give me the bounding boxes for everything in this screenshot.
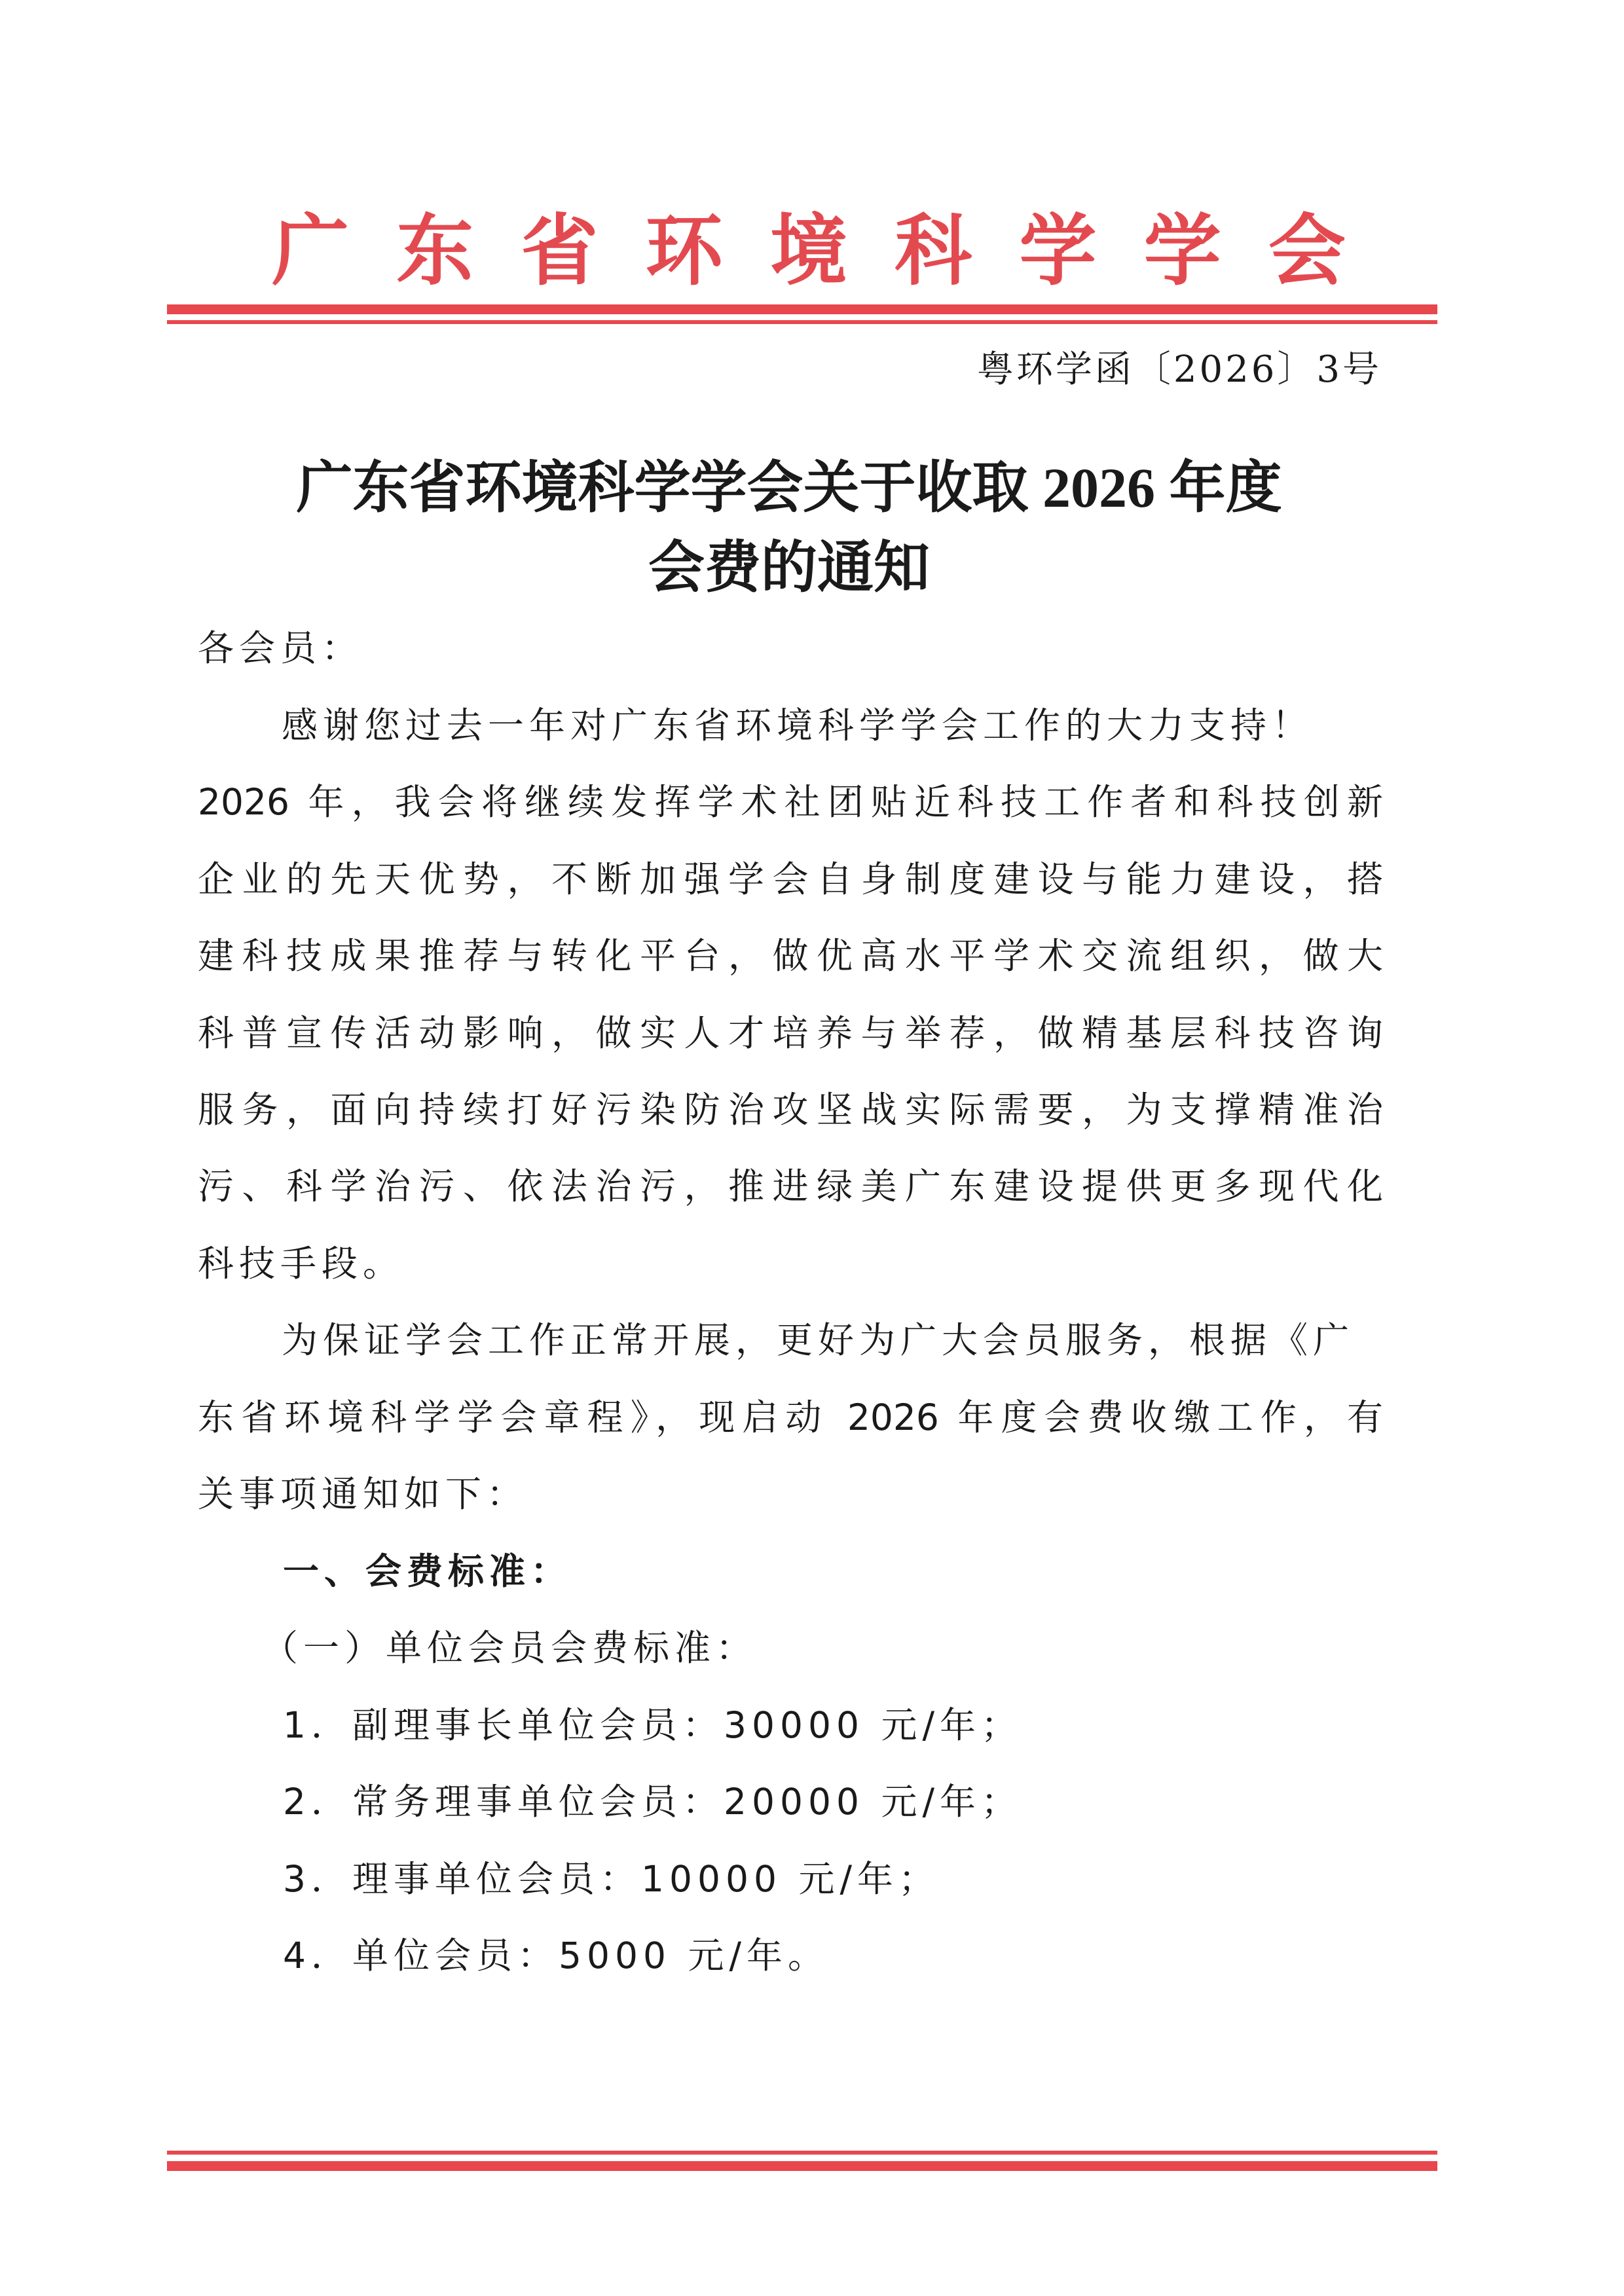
body-line: 关事项通知如下： bbox=[198, 1468, 1383, 1520]
letterhead-rule-thin bbox=[167, 320, 1437, 324]
body-line: 东省环境科学学会章程》，现启动 2026 年度会费收缴工作，有 bbox=[198, 1391, 1383, 1444]
letterhead-char: 广 bbox=[272, 208, 349, 293]
letterhead-rule-thick bbox=[167, 304, 1437, 314]
letterhead-char: 东 bbox=[396, 208, 473, 293]
section-heading: 一、会费标准： bbox=[283, 1545, 1383, 1597]
footer-rule-thin bbox=[167, 2151, 1437, 2155]
body-line: 为保证学会工作正常开展，更好为广大会员服务，根据《广 bbox=[282, 1314, 1383, 1366]
body-line: 科技手段。 bbox=[198, 1237, 1383, 1290]
body-line: 感谢您过去一年对广东省环境科学学会工作的大力支持！ bbox=[282, 699, 1383, 752]
fee-item: 2．常务理事单位会员：20000 元/年； bbox=[283, 1776, 1383, 1828]
document-number: 粤环学函〔2026〕3号 bbox=[977, 347, 1382, 393]
letterhead-char: 境 bbox=[770, 208, 847, 293]
letterhead-char: 会 bbox=[1268, 208, 1346, 293]
body-line: 建科技成果推荐与转化平台，做优高水平学术交流组织，做大 bbox=[198, 930, 1383, 982]
document-title-line-2: 会费的通知 bbox=[196, 532, 1382, 604]
letterhead-char: 学 bbox=[1144, 208, 1221, 293]
body-line: 2026 年，我会将继续发挥学术社团贴近科技工作者和科技创新 bbox=[198, 776, 1383, 828]
salutation: 各会员： bbox=[198, 622, 1383, 674]
letterhead-char: 学 bbox=[1019, 208, 1096, 293]
letterhead-org-name: 广 东 省 环 境 科 学 学 会 bbox=[272, 208, 1346, 293]
letterhead-char: 环 bbox=[646, 208, 723, 293]
letterhead-char: 省 bbox=[521, 208, 598, 293]
letterhead-char: 科 bbox=[895, 208, 972, 293]
fee-item: 1．副理事长单位会员：30000 元/年； bbox=[283, 1699, 1383, 1751]
section-subheading: （一）单位会员会费标准： bbox=[262, 1622, 1383, 1674]
footer-rule-thick bbox=[167, 2161, 1437, 2171]
fee-item: 3．理事单位会员：10000 元/年； bbox=[283, 1853, 1383, 1905]
fee-item: 4．单位会员：5000 元/年。 bbox=[283, 1929, 1383, 1982]
document-title-line-1: 广东省环境科学学会关于收取 2026 年度 bbox=[196, 452, 1382, 524]
body-line: 科普宣传活动影响，做实人才培养与举荐，做精基层科技咨询 bbox=[198, 1007, 1383, 1059]
body-line: 污、科学治污、依法治污，推进绿美广东建设提供更多现代化 bbox=[198, 1160, 1383, 1212]
body-line: 企业的先天优势，不断加强学会自身制度建设与能力建设，搭 bbox=[198, 853, 1383, 905]
body-line: 服务，面向持续打好污染防治攻坚战实际需要，为支撑精准治 bbox=[198, 1084, 1383, 1136]
